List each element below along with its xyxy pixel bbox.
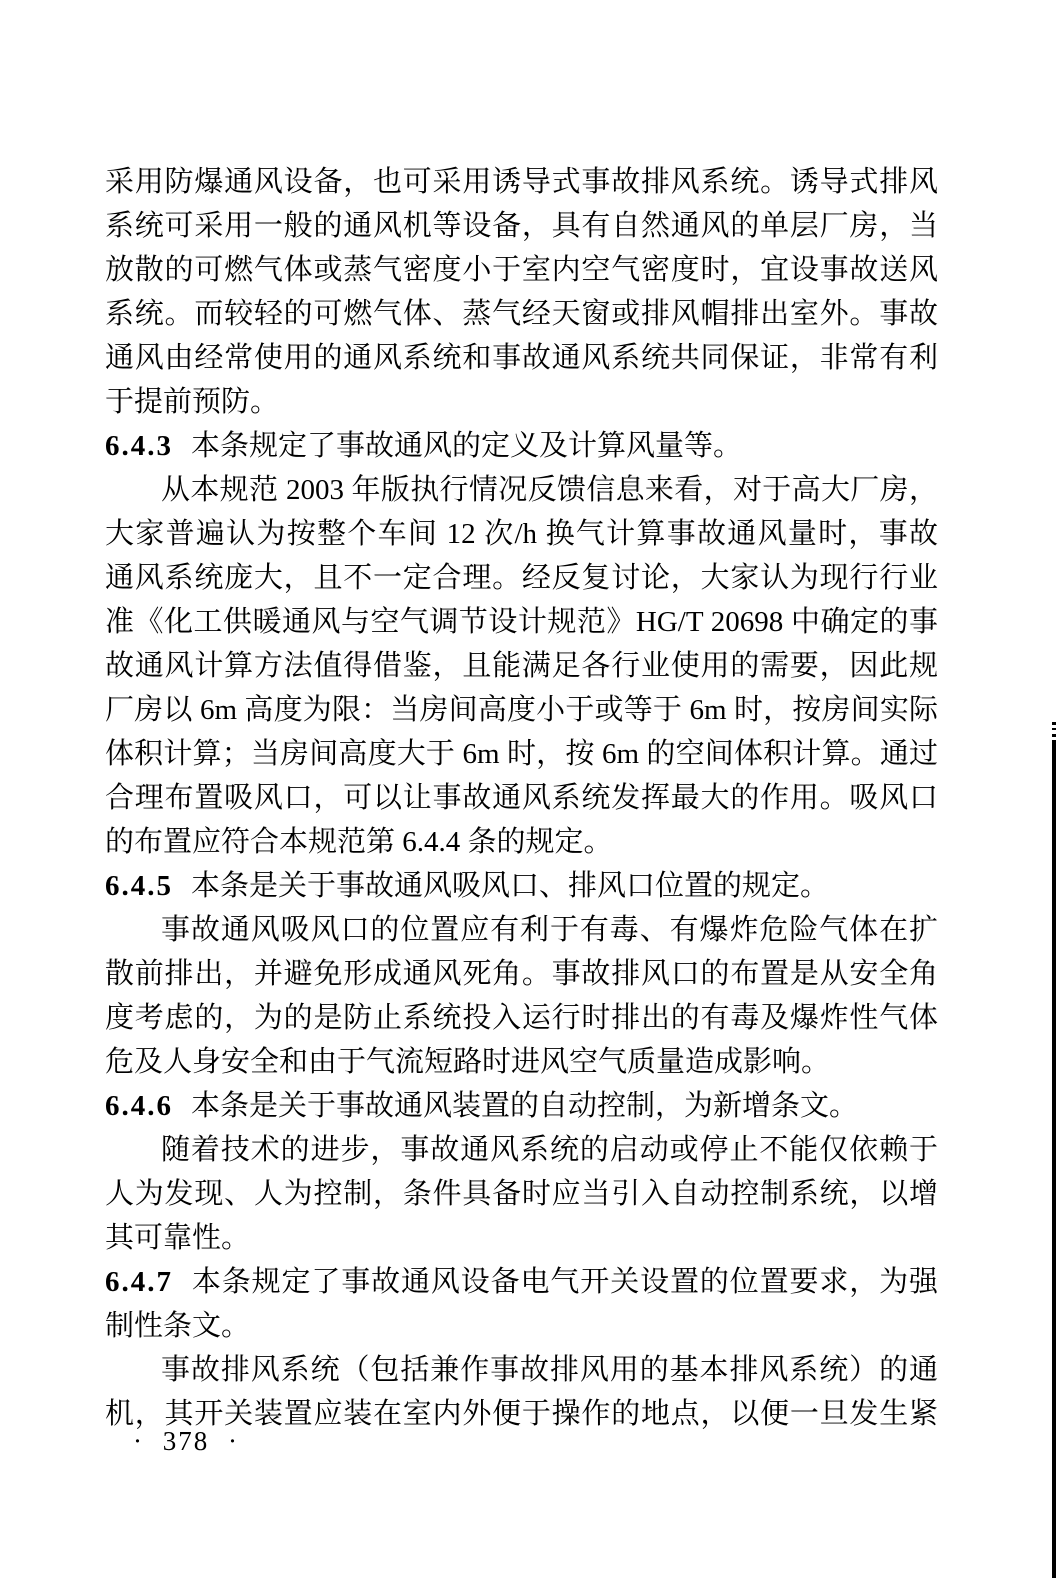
- text-line: 度考虑的，为的是防止系统投入运行时排出的有毒及爆炸性气体: [105, 996, 938, 1040]
- text-line: 其可靠性。: [105, 1216, 938, 1260]
- section-heading-text: 本条规定了事故通风设备电气开关设置的位置要求，为强: [191, 1266, 938, 1298]
- section-number: 6.4.5: [105, 870, 173, 902]
- text-line: 于提前预防。: [105, 380, 938, 424]
- text-line: 体积计算；当房间高度大于 6m 时，按 6m 的空间体积计算。通过: [105, 732, 938, 776]
- scan-edge-dash: [1052, 734, 1056, 737]
- text-line: 合理布置吸风口，可以让事故通风系统发挥最大的作用。吸风口: [105, 776, 938, 820]
- text-line: 危及人身安全和由于气流短路时进风空气质量造成影响。: [105, 1040, 938, 1084]
- text-line: 采用防爆通风设备，也可采用诱导式事故排风系统。诱导式排风: [105, 160, 938, 204]
- section-number: 6.4.3: [105, 430, 173, 462]
- text-line: 系统。而较轻的可燃气体、蒸气经天窗或排风帽排出室外。事故: [105, 292, 938, 336]
- text-line: 随着技术的进步，事故通风系统的启动或停止不能仅依赖于: [105, 1128, 938, 1172]
- text-line: 制性条文。: [105, 1304, 938, 1348]
- text-line: 事故通风吸风口的位置应有利于有毒、有爆炸危险气体在扩: [105, 908, 938, 952]
- text-line: 准《化工供暖通风与空气调节设计规范》HG/T 20698 中确定的事: [105, 600, 938, 644]
- text-line: 的布置应符合本规范第 6.4.4 条的规定。: [105, 820, 938, 864]
- text-line: 散前排出，并避免形成通风死角。事故排风口的布置是从安全角: [105, 952, 938, 996]
- text-block: 采用防爆通风设备，也可采用诱导式事故排风系统。诱导式排风系统可采用一般的通风机等…: [105, 160, 938, 1436]
- text-line: 厂房以 6m 高度为限：当房间高度小于或等于 6m 时，按房间实际: [105, 688, 938, 732]
- section-heading-text: 本条规定了事故通风的定义及计算风量等。: [191, 430, 742, 462]
- section-number: 6.4.7: [105, 1266, 173, 1298]
- section-heading-text: 本条是关于事故通风装置的自动控制，为新增条文。: [191, 1090, 858, 1122]
- scan-edge-dash: [1052, 728, 1056, 730]
- text-line: 故通风计算方法值得借鉴，且能满足各行业使用的需要，因此规定: [105, 644, 938, 688]
- scan-edge-dash: [1052, 722, 1056, 725]
- section-number: 6.4.6: [105, 1090, 173, 1122]
- text-line: 通风系统庞大，且不一定合理。经反复讨论，大家认为现行行业标: [105, 556, 938, 600]
- text-line: 大家普遍认为按整个车间 12 次/h 换气计算事故通风量时，事故: [105, 512, 938, 556]
- section-heading-line: 6.4.6本条是关于事故通风装置的自动控制，为新增条文。: [105, 1084, 938, 1128]
- section-heading-line: 6.4.3本条规定了事故通风的定义及计算风量等。: [105, 424, 938, 468]
- scanned-page: 采用防爆通风设备，也可采用诱导式事故排风系统。诱导式排风系统可采用一般的通风机等…: [0, 0, 1056, 1578]
- page-number: · 378 ·: [133, 1424, 239, 1458]
- text-line: 放散的可燃气体或蒸气密度小于室内空气密度时，宜设事故送风: [105, 248, 938, 292]
- text-line: 通风由经常使用的通风系统和事故通风系统共同保证，非常有利: [105, 336, 938, 380]
- text-line: 人为发现、人为控制，条件具备时应当引入自动控制系统，以增加: [105, 1172, 938, 1216]
- scan-edge-line: [1052, 740, 1056, 1578]
- section-heading-text: 本条是关于事故通风吸风口、排风口位置的规定。: [191, 870, 829, 902]
- text-line: 从本规范 2003 年版执行情况反馈信息来看，对于高大厂房，: [105, 468, 938, 512]
- text-line: 事故排风系统（包括兼作事故排风用的基本排风系统）的通风: [105, 1348, 938, 1392]
- section-heading-line: 6.4.7本条规定了事故通风设备电气开关设置的位置要求，为强: [105, 1260, 938, 1304]
- text-line: 系统可采用一般的通风机等设备，具有自然通风的单层厂房，当所: [105, 204, 938, 248]
- section-heading-line: 6.4.5本条是关于事故通风吸风口、排风口位置的规定。: [105, 864, 938, 908]
